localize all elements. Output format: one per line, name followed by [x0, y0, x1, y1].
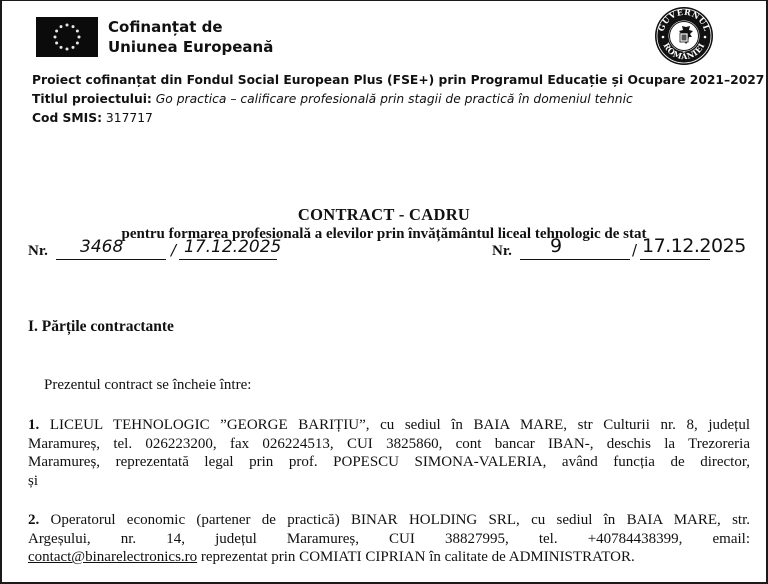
party1-line4: și	[28, 472, 750, 491]
contract-title: CONTRACT - CADRU	[2, 205, 766, 225]
left-reg-separator: /	[171, 241, 176, 259]
left-nr-label: Nr.	[28, 243, 48, 260]
eu-text-line1: Cofinanțat de	[108, 17, 273, 37]
right-reg-separator: /	[632, 241, 637, 259]
party1-line3: Maramureș, reprezentată legal prin prof.…	[28, 453, 750, 472]
smis-value: 317717	[106, 111, 153, 125]
party2-email-link[interactable]: contact@binarelectronics.ro	[28, 549, 197, 565]
party2-representative: reprezentat prin COMIATI CIPRIAN în cali…	[197, 549, 635, 565]
document-page: Cofinanțat de Uniunea Europeană GUVERNUL…	[0, 0, 768, 584]
party2-paragraph: 2. Operatorul economic (partener de prac…	[28, 511, 750, 567]
party2-line3: contact@binarelectronics.ro reprezentat …	[28, 548, 750, 567]
project-line1: Proiect cofinanțat din Fondul Social Eur…	[32, 73, 764, 87]
smis-label: Cod SMIS:	[32, 111, 102, 125]
party1-line2: Maramureș, tel. 026223200, fax 026224513…	[28, 435, 750, 454]
section-heading-parties: I. Părțile contractante	[28, 318, 174, 336]
eu-cofinancing-label: Cofinanțat de Uniunea Europeană	[108, 17, 273, 57]
party1-paragraph: 1. LICEUL TEHNOLOGIC ”GEORGE BARIȚIU”, c…	[28, 416, 750, 490]
contract-intro: Prezentul contract se încheie între:	[44, 376, 251, 395]
left-date-line	[179, 259, 277, 260]
right-date-line	[640, 259, 710, 260]
party2-line1: Operatorul economic (partener de practic…	[51, 512, 750, 528]
guvernul-romaniei-seal-icon: GUVERNUL ROMÂNIEI	[654, 6, 714, 66]
smis-code-line: Cod SMIS: 317717	[32, 109, 153, 128]
left-reg-number: 3468	[80, 237, 123, 257]
project-title-line: Titlul proiectului: Go practica – califi…	[32, 90, 633, 109]
party1-line1: LICEUL TEHNOLOGIC ”GEORGE BARIȚIU”, cu s…	[50, 417, 750, 433]
party2-line: 2. Operatorul economic (partener de prac…	[28, 511, 750, 530]
eu-text-line2: Uniunea Europeană	[108, 37, 273, 57]
right-number-line	[520, 259, 630, 260]
project-title-value: Go practica – calificare profesională pr…	[156, 92, 633, 106]
right-reg-number: 9	[550, 235, 562, 257]
left-reg-date: 17.12.2025	[184, 237, 281, 257]
right-reg-date: 17.12.2025	[642, 235, 746, 257]
party2-number: 2.	[28, 512, 39, 528]
party2-line2: Argeșului, nr. 14, județul Maramureș, CU…	[28, 530, 750, 549]
party1-line: 1. LICEUL TEHNOLOGIC ”GEORGE BARIȚIU”, c…	[28, 416, 750, 435]
project-title-label: Titlul proiectului:	[32, 92, 152, 106]
eu-flag-icon	[36, 17, 98, 57]
right-nr-label: Nr.	[492, 243, 512, 260]
left-number-line	[56, 259, 166, 260]
project-cofinancing-line: Proiect cofinanțat din Fondul Social Eur…	[32, 71, 764, 90]
party1-number: 1.	[28, 417, 39, 433]
